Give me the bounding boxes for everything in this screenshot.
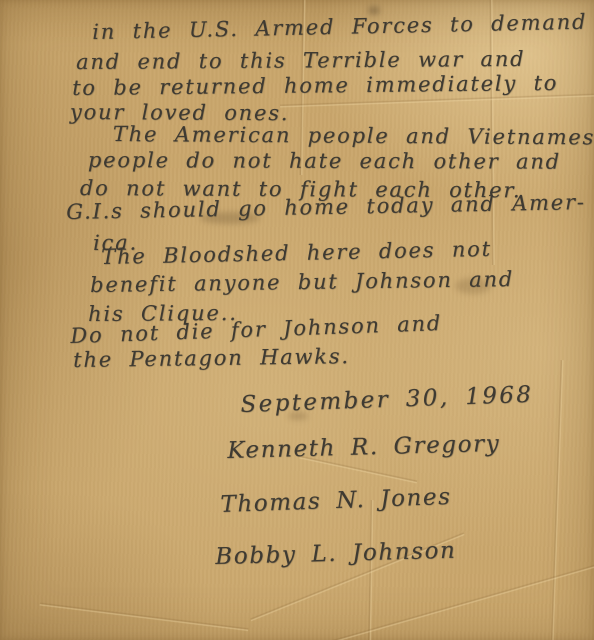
signature-kenneth-r-gregory: Kenneth R. Gregory [227, 431, 501, 464]
scanned-letter-page: in the U.S. Armed Forces to demand and e… [0, 0, 594, 640]
paper-crease-vertical-far-right [550, 360, 564, 640]
letter-date: September 30, 1968 [240, 382, 534, 418]
paper-crease-vertical-bottom [368, 500, 374, 640]
signature-thomas-n-jones: Thomas N. Jones [220, 484, 452, 518]
letter-line-10: The Bloodshed here does not [101, 237, 492, 269]
letter-line-11: benefit anyone but Johnson and [90, 267, 514, 297]
letter-line-2: and end to this Terrible war and [76, 47, 525, 74]
letter-line-6: people do not hate each other and [88, 148, 561, 174]
paper-crease-diagonal-2 [330, 563, 594, 640]
letter-line-5: The American people and Vietnamese [113, 122, 594, 149]
paper-crease-diagonal-3 [40, 602, 249, 632]
signature-bobby-l-johnson: Bobby L. Johnson [215, 538, 457, 570]
letter-line-4: your loved ones. [70, 100, 289, 125]
letter-line-14: the Pentagon Hawks. [73, 344, 350, 372]
letter-line-3: to be returned home immediately to [72, 71, 558, 100]
letter-line-1: in the U.S. Armed Forces to demand [92, 10, 587, 44]
